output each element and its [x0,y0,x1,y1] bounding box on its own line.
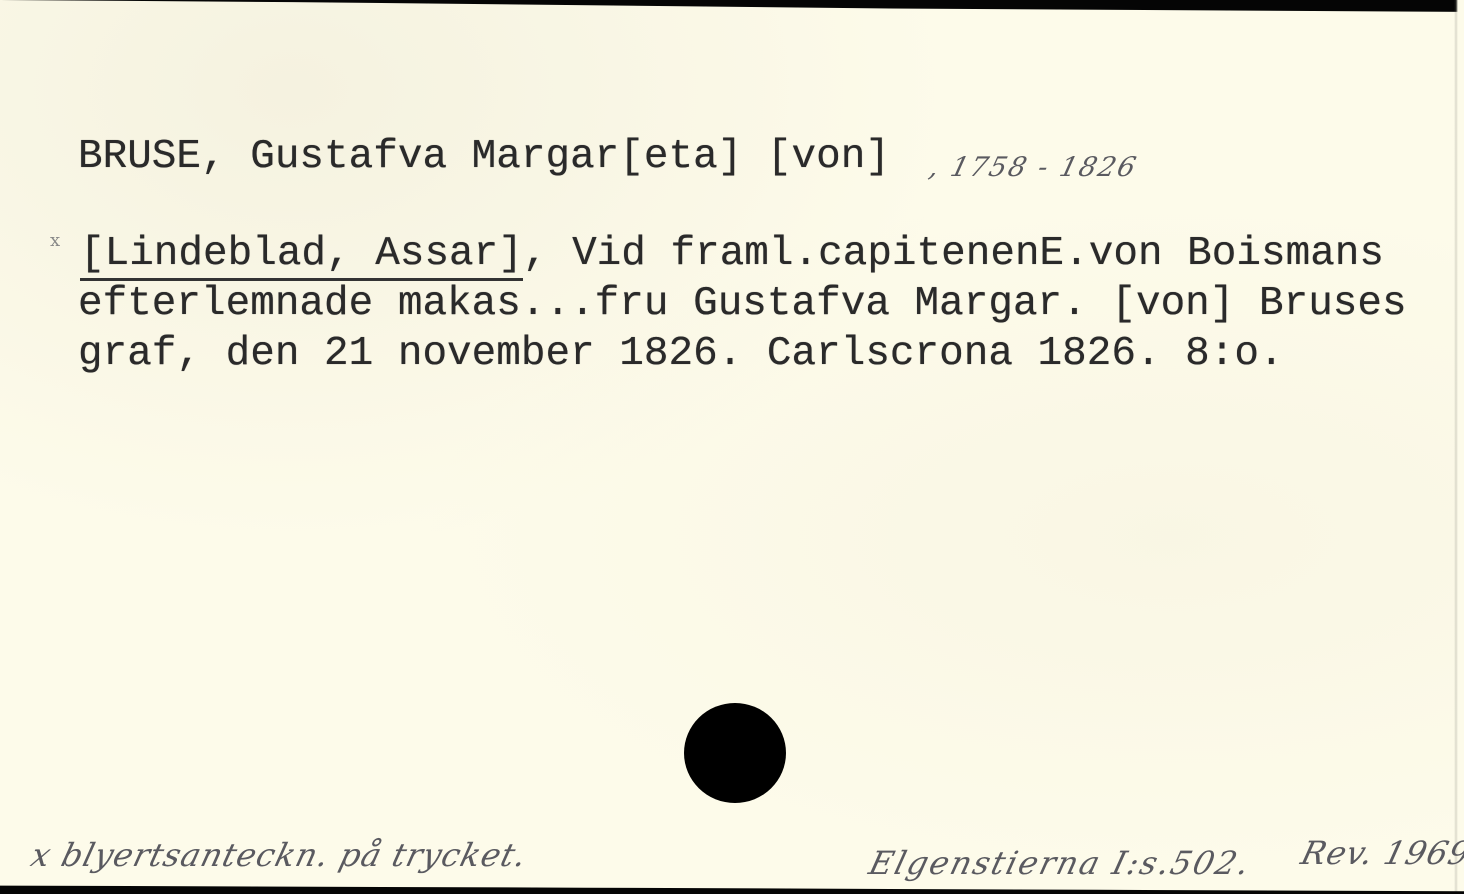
reference-note: Elgenstierna I:s.502. [865,844,1255,882]
entry-line-2: efterlemnade makas...fru Gustafva Margar… [78,284,1407,325]
heading-name: BRUSE, Gustafva Margar[eta] [von] [78,134,890,180]
entry-line-3: graf, den 21 november 1826. Carlscrona 1… [78,334,1284,375]
entry-line-1: [Lindeblad, Assar], Vid framl.capitenenE… [80,234,1384,275]
entry-title-start: , Vid framl.capitenenE.von Boismans [523,231,1384,277]
revision-note: Rev. 1969 [1297,834,1464,872]
card-bottom-edge [0,880,1464,894]
card-heading: BRUSE, Gustafva Margar[eta] [von] [78,137,890,178]
card-top-edge [0,0,1464,14]
catalog-card: BRUSE, Gustafva Margar[eta] [von] , 1758… [0,0,1464,894]
card-right-edge [1454,0,1464,894]
author-bracketed: [Lindeblad, Assar] [80,231,523,281]
handwritten-dates: , 1758 - 1826 [926,152,1141,183]
pencil-marker: x [50,230,60,251]
punch-hole [684,703,786,803]
pencil-note: x blyertsanteckn. på trycket. [27,836,531,874]
